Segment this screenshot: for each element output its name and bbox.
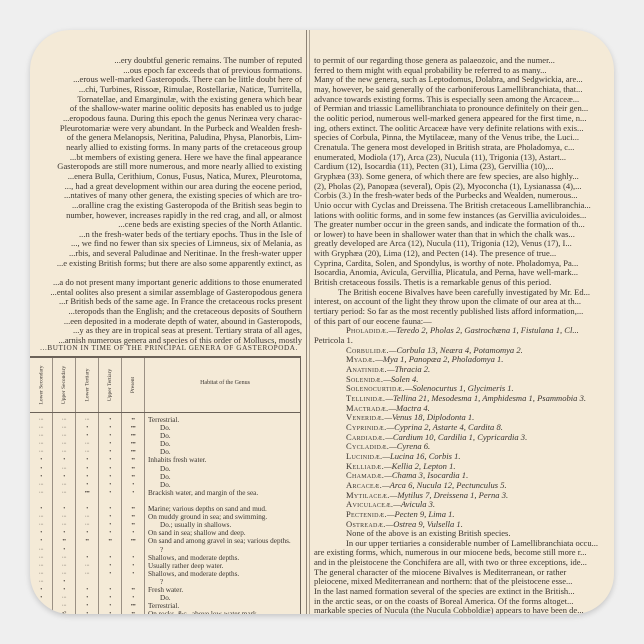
habitat-cell: Do. — [148, 594, 171, 602]
occurrence-marker: ··· — [30, 521, 52, 529]
occurrence-marker: • — [53, 546, 75, 554]
text-line: nearly allied to existing forms. In many… — [30, 143, 302, 153]
family-name: Pectenidæ. — [346, 510, 387, 519]
table-row: •···•••Do. — [30, 594, 300, 602]
header-upper-tertiary: Upper Tertiary — [99, 362, 121, 408]
occurrence-marker: • — [30, 465, 52, 473]
family-name: Cyprinidæ. — [346, 423, 387, 432]
occurrence-marker: •• — [76, 537, 98, 545]
occurrence-marker: •• — [99, 537, 121, 545]
habitat-cell: Do. — [148, 424, 171, 432]
text-line: ...rbis, and several Paludinae and Nerit… — [30, 249, 302, 259]
occurrence-marker: • — [53, 505, 75, 513]
occurrence-marker: ··· — [76, 570, 98, 578]
text-line: The British eocene Bivalves have been ca… — [314, 288, 614, 298]
family-entry: Mactradæ.—Mactra 4. — [314, 404, 614, 414]
table-header-rule — [30, 412, 300, 413]
occurrence-marker: ··· — [53, 513, 75, 521]
family-entry: Solenocurtidæ.—Solenocurtus 1, Glycimeri… — [314, 384, 614, 394]
text-line — [30, 268, 302, 278]
text-line: Tornatellae, and Emarginulæ, with the ex… — [30, 95, 302, 105]
text-line: of the genera Melanopsis, Neritina, Palu… — [30, 133, 302, 143]
text-line: ...n the fresh-water beds of the tertiar… — [30, 230, 302, 240]
occurrence-marker: • — [99, 570, 121, 578]
occurrence-marker: • — [122, 481, 144, 489]
text-line: markable species of Nucula (the Nucula C… — [314, 606, 614, 614]
header-lower-secondary: Lower Secondary — [30, 362, 52, 408]
family-name: Cardiadæ. — [346, 433, 385, 442]
family-entry: Chamadæ.—Chama 3, Isocardia 1. — [314, 471, 614, 481]
table-row: ······•••••Brackish water, and margin of… — [30, 489, 300, 497]
occurrence-marker: • — [99, 513, 121, 521]
occurrence-marker: • — [99, 529, 121, 537]
habitat-cell: Usually rather deep water. — [148, 562, 223, 570]
genera-list: —Cardium 10, Cardilia 1, Cypricardia 3. — [385, 433, 527, 442]
occurrence-marker: • — [99, 481, 121, 489]
occurrence-marker: ··· — [30, 489, 52, 497]
family-name: Ostreadæ. — [346, 520, 386, 529]
text-line: ..., we find no fewer than six species o… — [30, 239, 302, 249]
text-line: ...ntatives of many other genera, the ex… — [30, 191, 302, 201]
text-line: Pleurotomariæ were very abundant. In the… — [30, 124, 302, 134]
book-page: ...ery doubtful generic remains. The num… — [30, 30, 614, 614]
habitat-cell: On rocks, &c., above low-water mark. — [148, 610, 258, 614]
table-row: •?•?••••On rocks, &c., above low-water m… — [30, 610, 300, 614]
table-row: ·········••Usually rather deep water. — [30, 562, 300, 570]
text-line: Isocardia, Anomia, Avicula, Gervillia, P… — [314, 268, 614, 278]
family-name: Mactradæ. — [346, 404, 388, 413]
habitat-cell: On muddy ground in sea; and swimming. — [148, 513, 267, 521]
text-line: ..., had a great development within our … — [30, 182, 302, 192]
occurrence-marker: •• — [53, 537, 75, 545]
habitat-cell: Terrestrial. — [148, 602, 179, 610]
occurrence-marker: ··· — [53, 562, 75, 570]
occurrence-marker: •• — [122, 473, 144, 481]
occurrence-marker: ••• — [76, 489, 98, 497]
text-line: the oolitic period, numerous well-marked… — [314, 114, 614, 124]
habitat-cell: Fresh water. — [148, 586, 183, 594]
genera-list: —Kellia 2, Lepton 1. — [384, 462, 455, 471]
habitat-cell: Brackish water, and margin of the sea. — [148, 489, 258, 497]
occurrence-marker: • — [76, 554, 98, 562]
text-line: ing, others extinct. The oolitic Arcaceæ… — [314, 124, 614, 134]
text-line: ...e existing British forms; but there a… — [30, 259, 302, 269]
occurrence-marker: •• — [122, 586, 144, 594]
occurrence-marker: ··· — [30, 440, 52, 448]
table-row: ••••••Do. — [30, 473, 300, 481]
habitat-cell: On sand and among gravel in sea; various… — [148, 537, 291, 545]
genera-list: —Pecten 9, Lima 1. — [387, 510, 455, 519]
genera-list: —Chama 3, Isocardia 1. — [384, 471, 468, 480]
family-entry: Corbulidæ.—Corbula 13, Neæra 4, Potamomy… — [314, 346, 614, 356]
text-line: ...ental oolites also present a similar … — [30, 288, 302, 298]
occurrence-marker: • — [99, 554, 121, 562]
table-row: ·········••••Do. — [30, 448, 300, 456]
family-entry: Lucinidæ.—Lucina 16, Corbis 1. — [314, 452, 614, 462]
table-row: ·········••••Do. — [30, 440, 300, 448]
header-present: Present — [122, 362, 144, 408]
family-name: Aviculaceæ. — [346, 500, 393, 509]
occurrence-marker: • — [122, 489, 144, 497]
occurrence-marker: ··· — [53, 432, 75, 440]
text-line: of Permian and triassic Lamellibranchiat… — [314, 104, 614, 114]
text-line: Corbis (3.) In the fresh-water beds of t… — [314, 191, 614, 201]
habitat-cell: On sand in sea; shallow and deep. — [148, 529, 246, 537]
text-line: British cretaceous fossils. Thetis is a … — [314, 278, 614, 288]
text-line: ...bt members of existing genera. Here w… — [30, 153, 302, 163]
text-line: Many of the new genera, such as Leptodom… — [314, 75, 614, 85]
family-name: Chamadæ. — [346, 471, 384, 480]
habitat-cell: Do. — [148, 448, 171, 456]
text-line: may, however, be said generally of the c… — [314, 85, 614, 95]
table-row: ······•••••Do. — [30, 432, 300, 440]
text-line: lations with oolitic forms, and in some … — [314, 211, 614, 221]
occurrence-marker: • — [99, 465, 121, 473]
habitat-cell: Shallows, and moderate depths. — [148, 554, 239, 562]
family-entry: Solenidæ.—Solen 4. — [314, 375, 614, 385]
habitat-cell: Do. — [148, 481, 171, 489]
occurrence-marker: • — [99, 416, 121, 424]
occurrence-marker: • — [76, 481, 98, 489]
occurrence-marker: ··· — [76, 513, 98, 521]
family-name: Corbulidæ. — [346, 346, 389, 355]
occurrence-marker: • — [53, 473, 75, 481]
occurrence-marker: ··· — [76, 416, 98, 424]
text-line: (2), Pholas (2), Panopæa (several), Opis… — [314, 182, 614, 192]
table-row: ·········••Shallows, and moderate depths… — [30, 570, 300, 578]
text-line: The general character of the miocene Biv… — [314, 568, 614, 578]
occurrence-marker: ··· — [76, 448, 98, 456]
table-row: ······•••Shallows, and moderate depths. — [30, 554, 300, 562]
occurrence-marker: • — [99, 610, 121, 614]
occurrence-marker: ••• — [122, 440, 144, 448]
occurrence-marker: ··· — [53, 570, 75, 578]
occurrence-marker: • — [76, 602, 98, 610]
text-line: to permit of our regarding those genera … — [314, 56, 614, 66]
gasteropoda-distribution-table: Lower Secondary Upper Secondary Lower Te… — [30, 356, 301, 614]
text-line: of the shallow-water marine oolitic depo… — [30, 104, 302, 114]
family-entry: Cardiadæ.—Cardium 10, Cardilia 1, Cypric… — [314, 433, 614, 443]
text-line: In our upper tertiaries a considerable n… — [314, 539, 614, 549]
occurrence-marker: ··· — [30, 546, 52, 554]
table-row: ·········•••On muddy ground in sea; and … — [30, 513, 300, 521]
occurrence-marker: ··· — [30, 424, 52, 432]
occurrence-marker: •• — [122, 465, 144, 473]
occurrence-marker: • — [76, 456, 98, 464]
occurrence-marker: ··· — [76, 562, 98, 570]
family-name: Mytilaceæ. — [346, 491, 390, 500]
habitat-cell: ? — [148, 546, 163, 554]
table-row: •••••On sand in sea; shallow and deep. — [30, 529, 300, 537]
family-name: Pholadidæ. — [346, 326, 389, 335]
family-name: Cycladidæ. — [346, 442, 389, 451]
occurrence-marker: • — [122, 529, 144, 537]
occurrence-marker: • — [30, 505, 52, 513]
occurrence-marker: • — [53, 578, 75, 586]
table-row: ••••••Inhabits fresh water. — [30, 456, 300, 464]
occurrence-marker: • — [30, 537, 52, 545]
family-name: Tellinidæ. — [346, 394, 385, 403]
header-habitat: Habitat of the Genus — [150, 380, 300, 386]
genera-list: —Teredo 2, Pholas 2, Gastrochæna 1, Fist… — [389, 326, 579, 335]
table-row: ···•? — [30, 578, 300, 586]
habitat-cell: Do. — [148, 473, 171, 481]
habitat-cell: Shallows, and moderate depths. — [148, 570, 239, 578]
text-line: and in the pleistocene the Conchifera ar… — [314, 558, 614, 568]
text-line: greatly developed are Arca (12), Nucula … — [314, 239, 614, 249]
habitat-cell: Marine; various depths on sand and mud. — [148, 505, 267, 513]
text-line: In the last named formation several of t… — [314, 587, 614, 597]
occurrence-marker: • — [99, 448, 121, 456]
occurrence-marker: • — [99, 489, 121, 497]
occurrence-marker: • — [30, 586, 52, 594]
table-row: ·········•••Terrestrial. — [30, 416, 300, 424]
genera-list: —Cyprina 2, Astarte 4, Cardita 8. — [387, 423, 503, 432]
occurrence-marker: • — [76, 586, 98, 594]
occurrence-marker: ··· — [30, 448, 52, 456]
table-row: ·········•••Do.; usually in shallows. — [30, 521, 300, 529]
text-line: of this part of our eocene fauna:— — [314, 317, 614, 327]
occurrence-marker: •• — [122, 505, 144, 513]
text-line: Gryphæa (33). Some genera, of which ther… — [314, 172, 614, 182]
family-entry: Pholadidæ.—Teredo 2, Pholas 2, Gastrochæ… — [314, 326, 614, 336]
occurrence-marker: ··· — [30, 570, 52, 578]
occurrence-marker: •? — [53, 610, 75, 614]
text-line: tertiary period: So far as the most rece… — [314, 307, 614, 317]
table-row: ••••••••••On sand and among gravel in se… — [30, 537, 300, 545]
occurrence-marker: • — [122, 562, 144, 570]
occurrence-marker: • — [30, 473, 52, 481]
occurrence-marker: • — [99, 602, 121, 610]
text-line: number, however, increases rapidly in th… — [30, 211, 302, 221]
habitat-cell: Terrestrial. — [148, 416, 179, 424]
genera-list: —Thracia 2. — [387, 365, 430, 374]
text-line: ...cene beds are existing species of the… — [30, 220, 302, 230]
occurrence-marker: ••• — [122, 537, 144, 545]
habitat-cell: Do. — [148, 440, 171, 448]
genera-list: —Lucina 16, Corbis 1. — [382, 452, 460, 461]
family-entry: Anatinidæ.—Thracia 2. — [314, 365, 614, 375]
family-name: Lucinidæ. — [346, 452, 382, 461]
genera-list: —Tellina 21, Mesodesma 1, Amphidesma 1, … — [385, 394, 586, 403]
text-line: ...y as they are in tropical seas at pre… — [30, 326, 302, 336]
occurrence-marker: •• — [122, 416, 144, 424]
table-row: •···••••Do. — [30, 465, 300, 473]
habitat-cell: Do. — [148, 432, 171, 440]
occurrence-marker: ··· — [30, 481, 52, 489]
occurrence-marker: ··· — [30, 513, 52, 521]
occurrence-marker: ••• — [122, 432, 144, 440]
genera-list: —Solen 4. — [383, 375, 418, 384]
occurrence-marker: ··· — [53, 416, 75, 424]
genera-list: —Corbula 13, Neæra 4, Potamomya 2. — [389, 346, 523, 355]
occurrence-marker: • — [99, 562, 121, 570]
occurrence-marker: • — [30, 456, 52, 464]
table-row: ···•? — [30, 546, 300, 554]
table-row — [30, 497, 300, 505]
genera-list: —Mytilus 7, Dreissena 1, Perna 3. — [390, 491, 508, 500]
occurrence-marker: ··· — [53, 424, 75, 432]
text-line: Gasteropods are still more numerous, and… — [30, 162, 302, 172]
occurrence-marker: ··· — [30, 416, 52, 424]
document-card: ...ery doubtful generic remains. The num… — [30, 30, 614, 614]
occurrence-marker: • — [76, 529, 98, 537]
occurrence-marker: • — [99, 586, 121, 594]
text-line: are existing forms, which, numerous in o… — [314, 548, 614, 558]
text-line: ...eropodous fauna. During this epoch th… — [30, 114, 302, 124]
occurrence-marker: ••• — [122, 448, 144, 456]
occurrence-marker: ··· — [53, 489, 75, 497]
text-line: ...chi, Turbines, Rissoæ, Rimulae, Roste… — [30, 85, 302, 95]
text-line: interest, on account of the light they t… — [314, 297, 614, 307]
occurrence-marker: • — [99, 440, 121, 448]
occurrence-marker: ••• — [122, 424, 144, 432]
occurrence-marker: ··· — [53, 594, 75, 602]
table-title: ...BUTION IN TIME OF THE PRINCIPAL GENER… — [30, 344, 298, 352]
occurrence-marker: • — [76, 473, 98, 481]
family-name: Solenocurtidæ. — [346, 384, 405, 393]
text-line: Unio occur with Cyclas and Dreissena. Th… — [314, 201, 614, 211]
occurrence-marker: ··· — [30, 602, 52, 610]
family-name: Myadæ. — [346, 355, 375, 364]
family-name: Arcaceæ. — [346, 481, 382, 490]
occurrence-marker: • — [99, 473, 121, 481]
occurrence-marker: • — [99, 424, 121, 432]
genera-list: —Venus 18, Diplodonta 1. — [384, 413, 474, 422]
right-text-column: to permit of our regarding those genera … — [314, 56, 614, 614]
genera-list: —Ostrea 9, Vulsella 1. — [386, 520, 463, 529]
occurrence-marker: • — [53, 529, 75, 537]
genera-list: —Solenocurtus 1, Glycimeris 1. — [405, 384, 514, 393]
family-entry: Myadæ.—Mya 1, Panopæa 2, Pholadomya 1. — [314, 355, 614, 365]
occurrence-marker: ··· — [30, 562, 52, 570]
occurrence-marker: • — [122, 570, 144, 578]
text-line: ...ery doubtful generic remains. The num… — [30, 56, 302, 66]
text-line: advance towards existing forms. This is … — [314, 95, 614, 105]
text-line: ...enera Bulla, Cerithium, Conus, Fusus,… — [30, 172, 302, 182]
text-line: enumerated, Modiola (17), Arca (23), Nuc… — [314, 153, 614, 163]
occurrence-marker: • — [76, 594, 98, 602]
family-entry: Veneridæ.—Venus 18, Diplodonta 1. — [314, 413, 614, 423]
occurrence-marker: ··· — [53, 448, 75, 456]
table-row: ••••••Fresh water. — [30, 586, 300, 594]
text-line: species of Corbula, Pinna, the Mytilaceæ… — [314, 133, 614, 143]
family-entry: Arcaceæ.—Arca 6, Nucula 12, Pectunculus … — [314, 481, 614, 491]
occurrence-marker: • — [122, 594, 144, 602]
table-body: ·········•••Terrestrial.······•••••Do.··… — [30, 416, 300, 614]
occurrence-marker: •• — [122, 610, 144, 614]
family-name: Solenidæ. — [346, 375, 383, 384]
occurrence-marker: • — [99, 505, 121, 513]
table-row: ••••••Marine; various depths on sand and… — [30, 505, 300, 513]
genera-list: —Avicula 3. — [393, 500, 435, 509]
occurrence-marker: • — [99, 456, 121, 464]
table-row: ······•••Do. — [30, 481, 300, 489]
family-name: Kelliadæ. — [346, 462, 384, 471]
table-row: ······•••••Do. — [30, 424, 300, 432]
header-upper-secondary: Upper Secondary — [53, 362, 75, 408]
column-divider — [306, 30, 307, 614]
genera-list: —Mactra 4. — [388, 404, 429, 413]
occurrence-marker: ··· — [76, 521, 98, 529]
occurrence-marker: •? — [30, 610, 52, 614]
left-text-column: ...ery doubtful generic remains. The num… — [30, 56, 302, 346]
occurrence-marker: ··· — [30, 554, 52, 562]
occurrence-marker: • — [76, 424, 98, 432]
occurrence-marker: ··· — [76, 440, 98, 448]
family-entry: Ostreadæ.—Ostrea 9, Vulsella 1. — [314, 520, 614, 530]
occurrence-marker: • — [76, 610, 98, 614]
text-line: Crenatula. The genera most developed in … — [314, 143, 614, 153]
text-line: Cardium (12), Isocardia (11), Pecten (31… — [314, 162, 614, 172]
text-line: with Gryphæa (20), Lima (12), and Pecten… — [314, 249, 614, 259]
family-entry: Pectenidæ.—Pecten 9, Lima 1. — [314, 510, 614, 520]
habitat-cell: ? — [148, 578, 163, 586]
occurrence-marker: ••• — [122, 602, 144, 610]
text-line: The greater number occur in the green sa… — [314, 220, 614, 230]
occurrence-marker: ··· — [53, 602, 75, 610]
family-entry: Mytilaceæ.—Mytilus 7, Dreissena 1, Perna… — [314, 491, 614, 501]
text-line: ...oralline crag the existing Gasteropod… — [30, 201, 302, 211]
occurrence-marker: ··· — [30, 578, 52, 586]
table-row: ······•••••Terrestrial. — [30, 602, 300, 610]
text-line: ...erous well-marked Gasteropods. There … — [30, 75, 302, 85]
text-line: or lower) to have been in shallower wate… — [314, 230, 614, 240]
family-continuation: Petricola 1. — [314, 336, 614, 346]
occurrence-marker: • — [76, 432, 98, 440]
header-lower-tertiary: Lower Tertiary — [76, 362, 98, 408]
occurrence-marker: •• — [122, 521, 144, 529]
occurrence-marker: • — [30, 594, 52, 602]
family-entry: Kelliadæ.—Kellia 2, Lepton 1. — [314, 462, 614, 472]
occurrence-marker: ··· — [53, 440, 75, 448]
habitat-cell: Do.; usually in shallows. — [148, 521, 231, 529]
habitat-cell: Inhabits fresh water. — [148, 456, 206, 464]
family-entry: Cycladidæ.—Cyrena 6. — [314, 442, 614, 452]
occurrence-marker: •• — [122, 456, 144, 464]
occurrence-marker: ··· — [53, 554, 75, 562]
text-line: ...a do not present many important gener… — [30, 278, 302, 288]
habitat-cell: Do. — [148, 465, 171, 473]
text-line: in the arctic seas, or on the coasts of … — [314, 597, 614, 607]
text-line: Cyprina, Cardita, Solen, and Spondylus, … — [314, 259, 614, 269]
genera-list: —Mya 1, Panopæa 2, Pholadomya 1. — [375, 355, 503, 364]
occurrence-marker: • — [99, 594, 121, 602]
text-line: ...r British beds of the same age. In Fr… — [30, 297, 302, 307]
occurrence-marker: ··· — [53, 481, 75, 489]
family-entry: Aviculaceæ.—Avicula 3. — [314, 500, 614, 510]
occurrence-marker: ··· — [53, 521, 75, 529]
family-name: Veneridæ. — [346, 413, 384, 422]
text-line: ...teropods than the English; and the cr… — [30, 307, 302, 317]
family-entry: Cyprinidæ.—Cyprina 2, Astarte 4, Cardita… — [314, 423, 614, 433]
column-divider-inner — [309, 30, 310, 614]
family-name: Anatinidæ. — [346, 365, 387, 374]
occurrence-marker: ··· — [53, 465, 75, 473]
genera-list: —Cyrena 6. — [389, 442, 430, 451]
family-entry: Tellinidæ.—Tellina 21, Mesodesma 1, Amph… — [314, 394, 614, 404]
genera-list: —Arca 6, Nucula 12, Pectunculus 5. — [382, 481, 507, 490]
occurrence-marker: • — [122, 554, 144, 562]
occurrence-marker: ··· — [30, 432, 52, 440]
occurrence-marker: •• — [122, 513, 144, 521]
text-line: ferred to them might with equal probabil… — [314, 66, 614, 76]
occurrence-marker: • — [30, 529, 52, 537]
text-line: pleiocene, mixed Mediterranean and north… — [314, 577, 614, 587]
occurrence-marker: • — [53, 586, 75, 594]
occurrence-marker: • — [76, 505, 98, 513]
occurrence-marker: • — [99, 432, 121, 440]
